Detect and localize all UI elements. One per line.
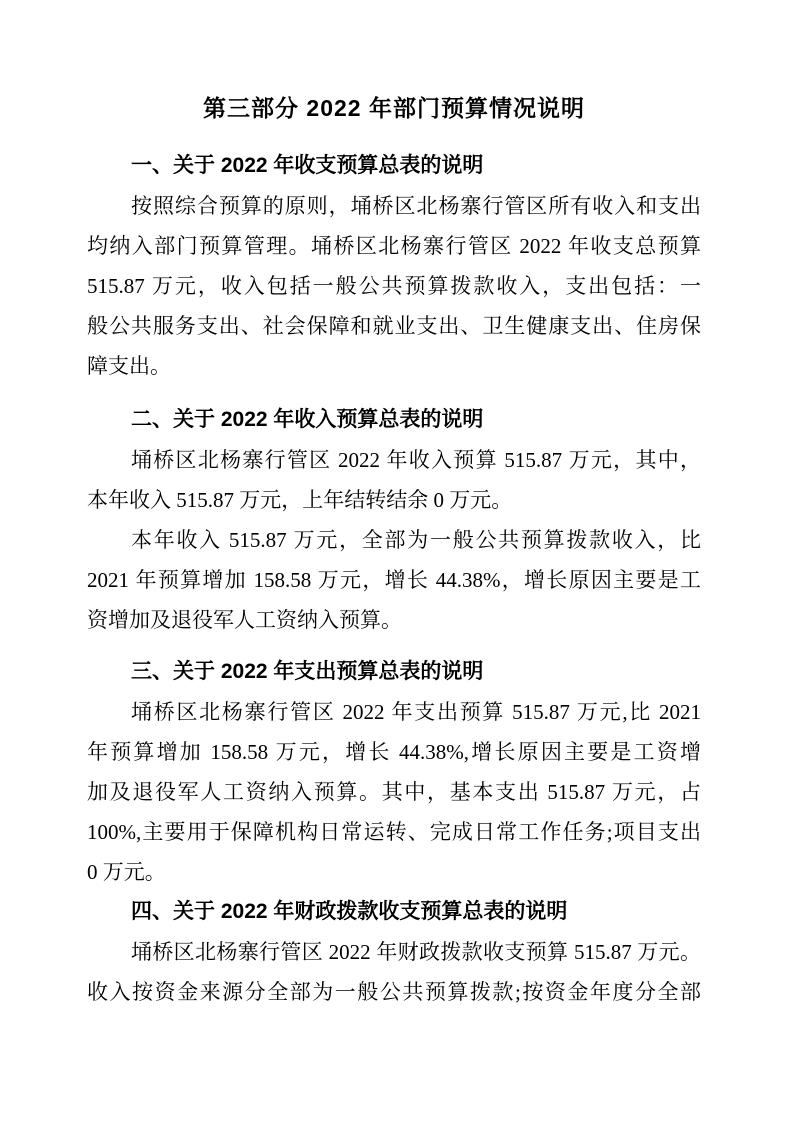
paragraph-line: 515.87 万元，收入包括一般公共预算拨款收入，支出包括：一	[87, 266, 701, 306]
section-2-heading: 二、关于 2022 年收入预算总表的说明	[87, 400, 701, 440]
paragraph-line: 资增加及退役军人工资纳入预算。	[87, 600, 701, 640]
section-4-heading: 四、关于 2022 年财政拨款收支预算总表的说明	[87, 892, 701, 932]
section-3-heading: 三、关于 2022 年支出预算总表的说明	[87, 652, 701, 692]
document-title: 第三部分 2022 年部门预算情况说明	[87, 92, 701, 124]
paragraph-line: 2021 年预算增加 158.58 万元，增长 44.38%，增长原因主要是工	[87, 560, 701, 600]
section-expenditure-budget-summary: 三、关于 2022 年支出预算总表的说明 埇桥区北杨寨行管区 2022 年支出预…	[87, 652, 701, 892]
paragraph-line: 般公共服务支出、社会保障和就业支出、卫生健康支出、住房保	[87, 306, 701, 346]
paragraph-line: 埇桥区北杨寨行管区 2022 年支出预算 515.87 万元,比 2021	[87, 692, 701, 732]
paragraph-line: 本年收入 515.87 万元，全部为一般公共预算拨款收入，比	[87, 520, 701, 560]
paragraph-line: 0 万元。	[87, 852, 701, 892]
paragraph-line: 本年收入 515.87 万元，上年结转结余 0 万元。	[87, 480, 701, 520]
section-fiscal-appropriation-summary: 四、关于 2022 年财政拨款收支预算总表的说明 埇桥区北杨寨行管区 2022 …	[87, 892, 701, 1012]
section-1-heading: 一、关于 2022 年收支预算总表的说明	[87, 146, 701, 186]
document-page: 第三部分 2022 年部门预算情况说明 一、关于 2022 年收支预算总表的说明…	[0, 0, 793, 1122]
paragraph-line: 均纳入部门预算管理。埇桥区北杨寨行管区 2022 年收支总预算	[87, 226, 701, 266]
paragraph-line: 障支出。	[87, 346, 701, 386]
paragraph-line: 年预算增加 158.58 万元，增长 44.38%,增长原因主要是工资增	[87, 732, 701, 772]
paragraph-line: 100%,主要用于保障机构日常运转、完成日常工作任务;项目支出	[87, 812, 701, 852]
paragraph-line: 埇桥区北杨寨行管区 2022 年收入预算 515.87 万元，其中，	[87, 440, 701, 480]
section-income-budget-summary: 二、关于 2022 年收入预算总表的说明 埇桥区北杨寨行管区 2022 年收入预…	[87, 400, 701, 640]
paragraph-line: 按照综合预算的原则，埇桥区北杨寨行管区所有收入和支出	[87, 186, 701, 226]
section-income-expenditure-summary: 一、关于 2022 年收支预算总表的说明 按照综合预算的原则，埇桥区北杨寨行管区…	[87, 146, 701, 386]
paragraph-line: 收入按资金来源分全部为一般公共预算拨款;按资金年度分全部	[87, 972, 701, 1012]
paragraph-line: 埇桥区北杨寨行管区 2022 年财政拨款收支预算 515.87 万元。	[87, 932, 701, 972]
paragraph-line: 加及退役军人工资纳入预算。其中，基本支出 515.87 万元，占	[87, 772, 701, 812]
